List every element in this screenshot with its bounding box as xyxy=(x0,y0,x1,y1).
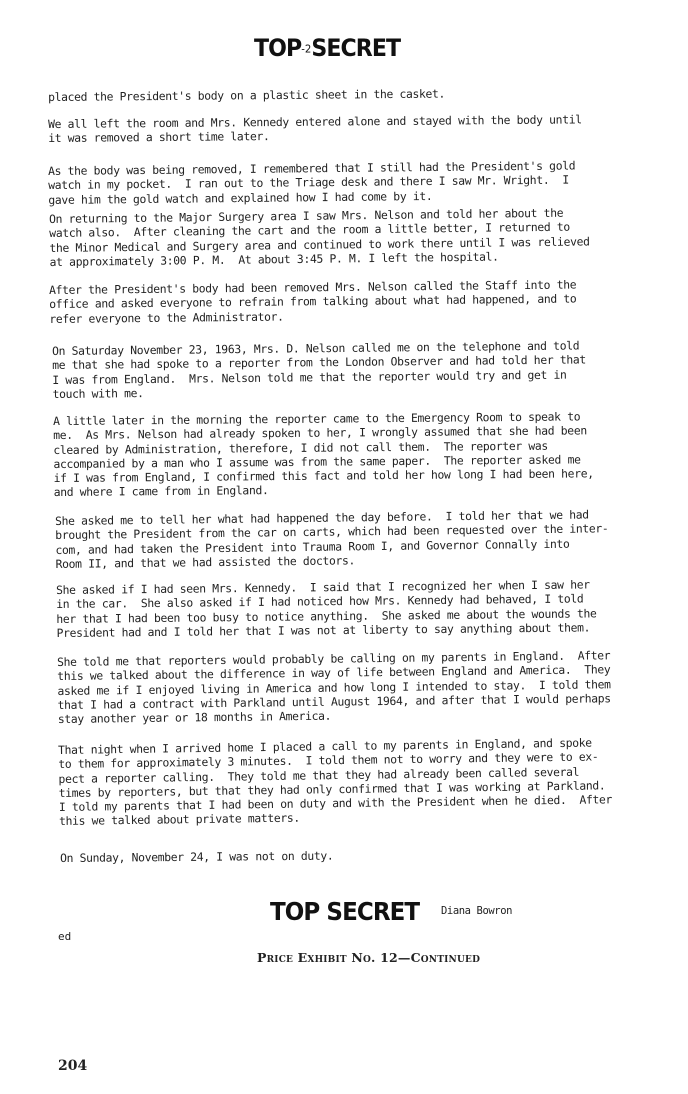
stamp-text-secret: SECRET xyxy=(311,34,400,62)
top-secret-stamp-footer: TOP SECRET xyxy=(270,897,419,926)
text-line: placed the President's body on a plastic… xyxy=(48,87,445,105)
paragraph: That night when I arrived home I placed … xyxy=(58,735,612,828)
paragraph: She asked me to tell her what had happen… xyxy=(55,507,609,571)
paragraph: On Sunday, November 24, I was not on dut… xyxy=(60,849,333,866)
paragraph: placed the President's body on a plastic… xyxy=(48,87,445,105)
page-marker: -2 xyxy=(301,43,311,56)
paragraph: She told me that reporters would probabl… xyxy=(57,648,611,726)
exhibit-caption: Price Exhibit No. 12—Continued xyxy=(257,950,480,965)
stamp-text-top: TOP xyxy=(254,34,301,62)
paragraph: After the President's body had been remo… xyxy=(49,277,577,325)
paragraph: We all left the room and Mrs. Kennedy en… xyxy=(48,112,582,145)
paragraph: On Saturday November 23, 1963, Mrs. D. N… xyxy=(52,338,586,401)
paragraph: She asked if I had seen Mrs. Kennedy. I … xyxy=(56,577,597,640)
top-secret-stamp-header: TOP-2SECRET xyxy=(254,34,400,62)
text-line: On Sunday, November 24, I was not on dut… xyxy=(60,849,333,866)
page-number: 204 xyxy=(58,1058,87,1074)
initials: ed xyxy=(58,930,71,943)
paragraph: As the body was being removed, I remembe… xyxy=(48,158,576,206)
paragraph: A little later in the morning the report… xyxy=(53,409,594,499)
paragraph: On returning to the Major Surgery area I… xyxy=(49,205,590,269)
signature: Diana Bowron xyxy=(441,905,512,917)
